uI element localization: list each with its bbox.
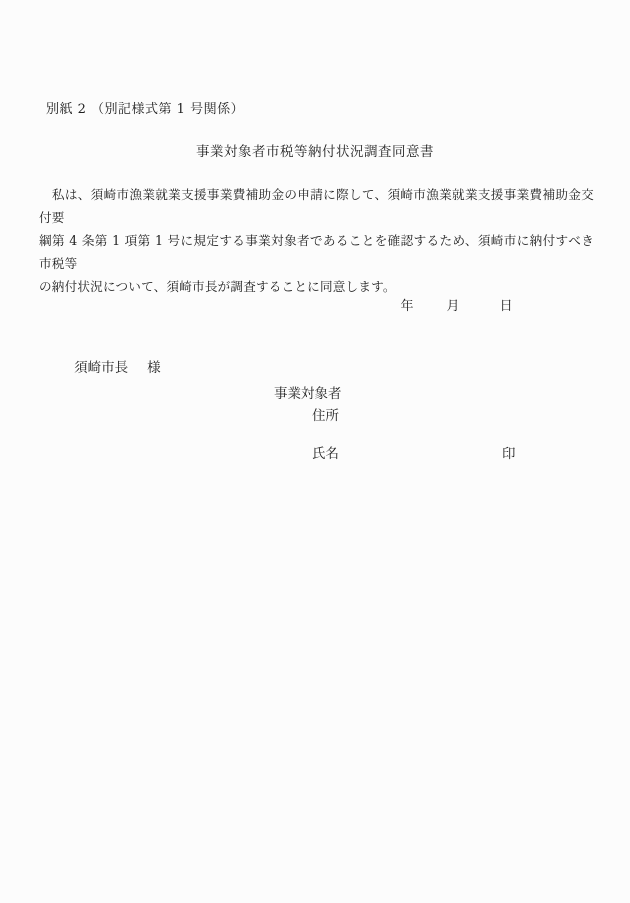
signature-name-label: 氏名 bbox=[312, 442, 339, 462]
addressee-name: 須崎市長 bbox=[74, 360, 128, 376]
date-year-label: 年 bbox=[401, 299, 414, 314]
addressee-honorific: 様 bbox=[147, 360, 161, 376]
consent-paragraph-line-2: 綱第 4 条第 1 項第 1 号に規定する事業対象者であることを確認するため、須… bbox=[39, 229, 594, 275]
attachment-label: 別紙 2 （別記様式第 1 号関係） bbox=[46, 98, 244, 117]
signature-party-label: 事業対象者 bbox=[274, 382, 342, 402]
consent-paragraph-line-1: 私は、須崎市漁業就業支援事業費補助金の申請に際して、須崎市漁業就業支援事業費補助… bbox=[39, 183, 594, 229]
document-title: 事業対象者市税等納付状況調査同意書 bbox=[0, 140, 630, 160]
date-month-label: 月 bbox=[447, 299, 460, 314]
signature-seal-label: 印 bbox=[502, 442, 516, 462]
date-line: 年月日 bbox=[384, 280, 513, 329]
addressee-line: 須崎市長様 bbox=[57, 340, 161, 392]
consent-form-page: 別紙 2 （別記様式第 1 号関係） 事業対象者市税等納付状況調査同意書 私は、… bbox=[0, 0, 630, 903]
signature-address-label: 住所 bbox=[312, 404, 339, 424]
date-day-label: 日 bbox=[500, 299, 513, 314]
